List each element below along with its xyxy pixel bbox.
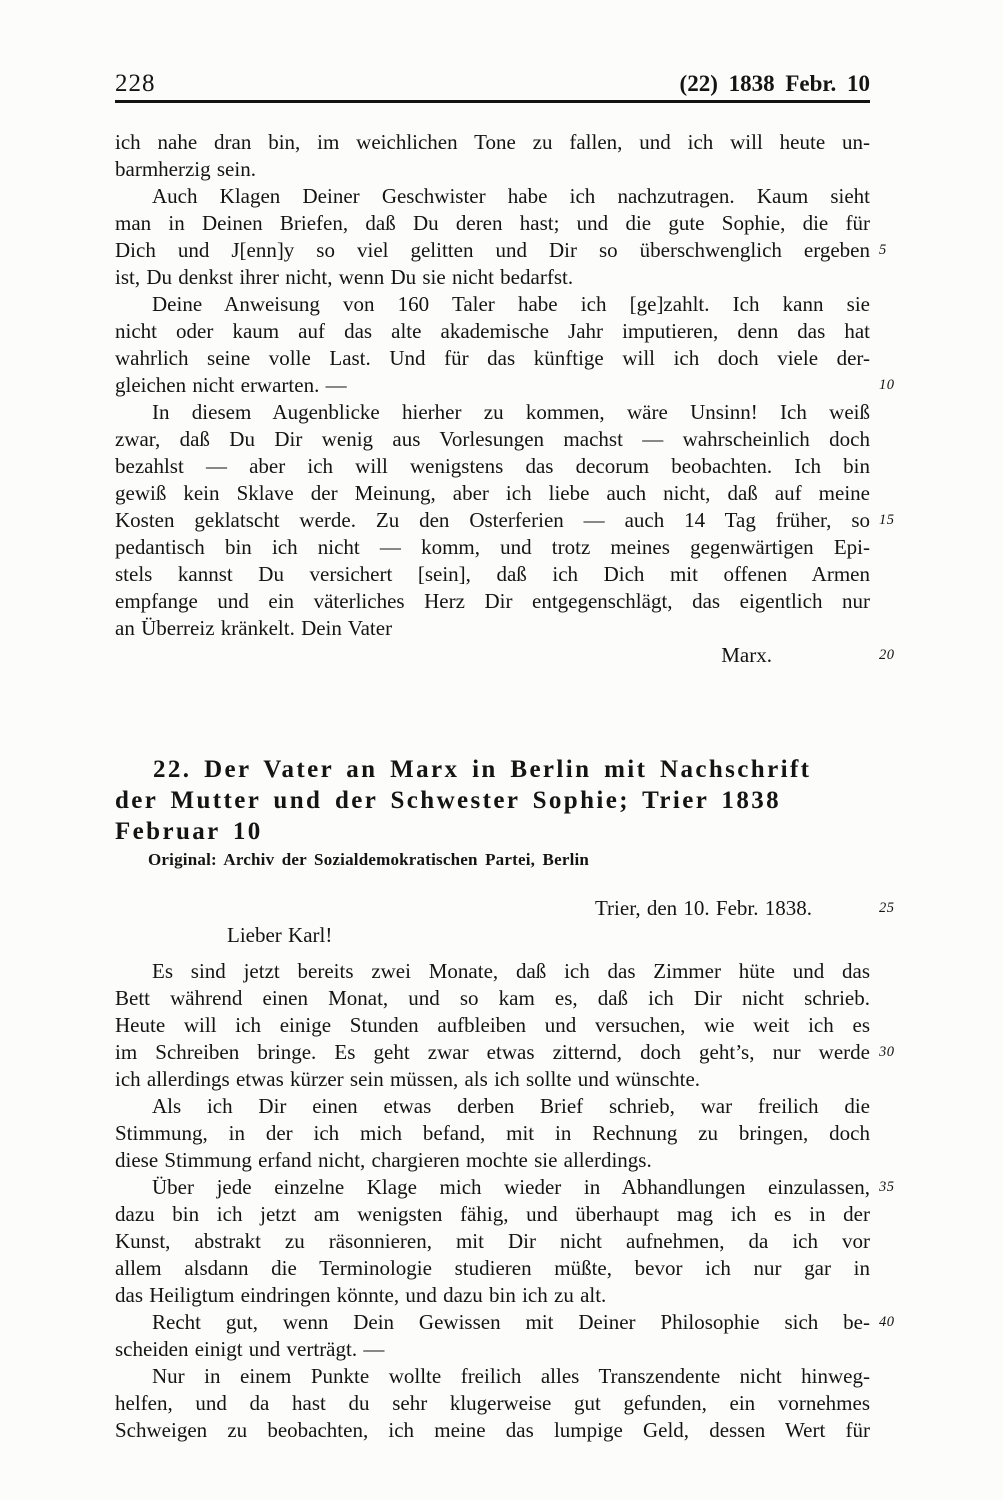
letter-22-heading: 22. Der Vater an Marx in Berlin mit Nach… [115, 754, 870, 847]
margin-line-number: 40 [879, 1315, 895, 1330]
letter-line: bezahlst — aber ich will wenigstens das … [115, 453, 870, 480]
letter-line: Auch Klagen Deiner Geschwister habe ich … [115, 183, 870, 210]
letter-line: das Heiligtum eindringen könnte, und daz… [115, 1282, 870, 1309]
source-note: Original: Archiv der Sozialdemokratische… [115, 849, 870, 871]
heading-line: Februar 10 [115, 816, 870, 847]
book-page: 228 (22) 1838 Febr. 10 ich nahe dran bin… [0, 0, 1003, 1500]
signature: Marx.20 [115, 642, 870, 669]
running-header: (22) 1838 Febr. 10 [680, 70, 870, 98]
letter-line: pedantisch bin ich nicht — komm, und tro… [115, 534, 870, 561]
letter-line: im Schreiben bringe. Es geht zwar etwas … [115, 1039, 870, 1066]
letter-line: In diesem Augenblicke hierher zu kommen,… [115, 399, 870, 426]
letter-line: wahrlich seine volle Last. Und für das k… [115, 345, 870, 372]
salutation: Lieber Karl! [115, 922, 870, 949]
margin-line-number: 10 [879, 378, 895, 393]
margin-line-number: 25 [879, 901, 895, 916]
letter-line: stels kannst Du versichert [sein], daß i… [115, 561, 870, 588]
letter-line: empfange und ein väterliches Herz Dir en… [115, 588, 870, 615]
letter-21-text: ich nahe dran bin, im weichlichen Tone z… [115, 129, 870, 669]
letter-line: allem alsdann die Terminologie studieren… [115, 1255, 870, 1282]
letter-line: Heute will ich einige Stunden aufbleiben… [115, 1012, 870, 1039]
margin-line-number: 30 [879, 1045, 895, 1060]
page-number: 228 [115, 70, 156, 98]
letter-line: gewiß kein Sklave der Meinung, aber ich … [115, 480, 870, 507]
letter-line: Über jede einzelne Klage mich wieder in … [115, 1174, 870, 1201]
letter-line: helfen, und da hast du sehr klugerweise … [115, 1390, 870, 1417]
letter-line: Es sind jetzt bereits zwei Monate, daß i… [115, 958, 870, 985]
letter-line: man in Deinen Briefen, daß Du deren hast… [115, 210, 870, 237]
margin-line-number: 20 [879, 648, 895, 663]
letter-line: Recht gut, wenn Dein Gewissen mit Deiner… [115, 1309, 870, 1336]
letter-line: Dich und J[enn]y so viel gelitten und Di… [115, 237, 870, 264]
letter-line: ich allerdings etwas kürzer sein müssen,… [115, 1066, 870, 1093]
letter-line: diese Stimmung erfand nicht, chargieren … [115, 1147, 870, 1174]
margin-line-number: 5 [879, 243, 887, 258]
letter-22-text: Trier, den 10. Febr. 1838.25 Lieber Karl… [115, 895, 870, 1444]
heading-line: der Mutter und der Schwester Sophie; Tri… [115, 785, 870, 816]
letter-line: Deine Anweisung von 160 Taler habe ich [… [115, 291, 870, 318]
letter-line: Bett während einen Monat, und so kam es,… [115, 985, 870, 1012]
letter-line: scheiden einigt und verträgt. — [115, 1336, 870, 1363]
letter-line: ich nahe dran bin, im weichlichen Tone z… [115, 129, 870, 156]
text-block: 228 (22) 1838 Febr. 10 ich nahe dran bin… [115, 0, 870, 1444]
letter-line: zwar, daß Du Dir wenig aus Vorlesungen m… [115, 426, 870, 453]
letter-line: gleichen nicht erwarten. —10 [115, 372, 870, 399]
letter-line: an Überreiz kränkelt. Dein Vater [115, 615, 870, 642]
letter-line: Kosten geklatscht werde. Zu den Osterfer… [115, 507, 870, 534]
letter-line: ist, Du denkst ihrer nicht, wenn Du sie … [115, 264, 870, 291]
header-rule [115, 100, 870, 103]
letter-line: Kunst, abstrakt zu räsonnieren, mit Dir … [115, 1228, 870, 1255]
letter-line: Schweigen zu beobachten, ich meine das l… [115, 1417, 870, 1444]
letter-line: Nur in einem Punkte wollte freilich alle… [115, 1363, 870, 1390]
margin-line-number: 15 [879, 513, 895, 528]
page-header: 228 (22) 1838 Febr. 10 [115, 70, 870, 98]
letter-22-body: Es sind jetzt bereits zwei Monate, daß i… [115, 958, 870, 1444]
letter-line: nicht oder kaum auf das alte akademische… [115, 318, 870, 345]
margin-line-number: 35 [879, 1180, 895, 1195]
letter-line: barmherzig sein. [115, 156, 870, 183]
dateline: Trier, den 10. Febr. 1838.25 [115, 895, 870, 922]
letter-line: Stimmung, in der ich mich befand, mit in… [115, 1120, 870, 1147]
heading-line: 22. Der Vater an Marx in Berlin mit Nach… [115, 754, 870, 785]
letter-line: Als ich Dir einen etwas derben Brief sch… [115, 1093, 870, 1120]
letter-line: dazu bin ich jetzt am wenigsten fähig, u… [115, 1201, 870, 1228]
